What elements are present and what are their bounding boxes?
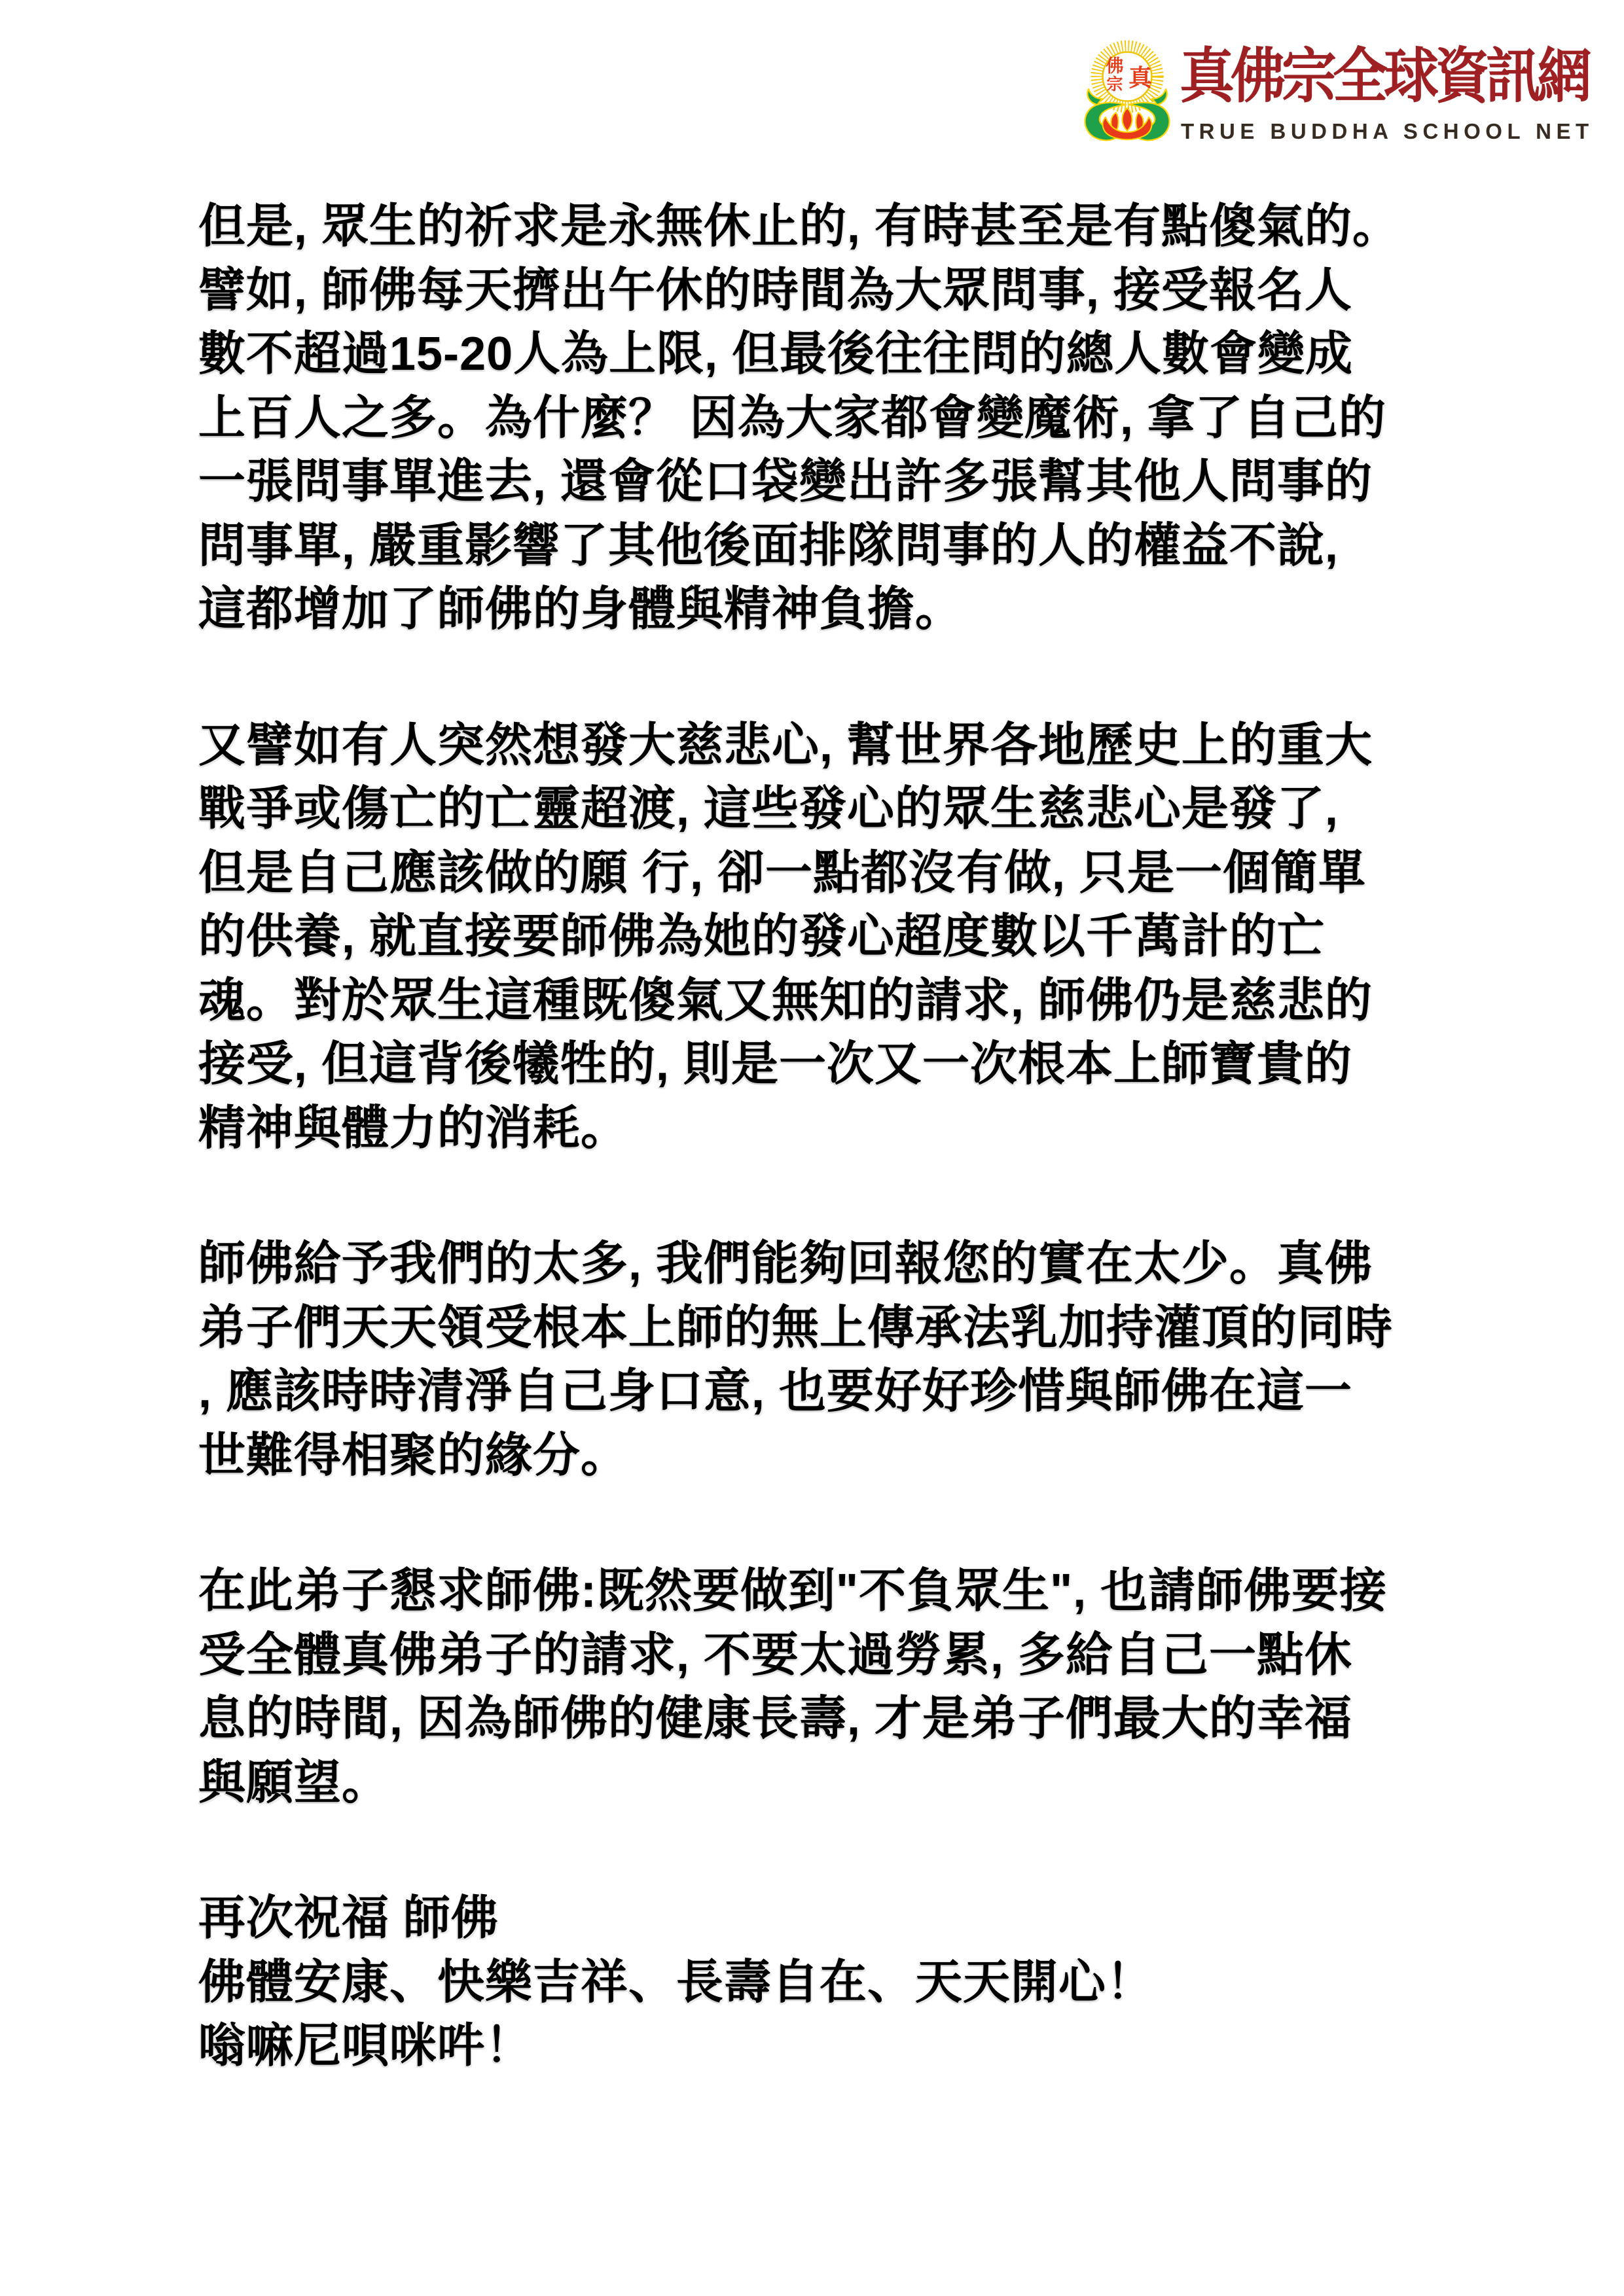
seal-char-fo: 佛 xyxy=(1106,56,1124,77)
text-line: 嗡嘛尼唄咪吽！ xyxy=(198,2015,1573,2079)
text-line: 上百人之多。為什麼？ 因為大家都會變魔術, 拿了自己的 xyxy=(198,387,1573,451)
text-line: 接受, 但這背後犧牲的, 則是一次又一次根本上師寶貴的 xyxy=(198,1033,1573,1097)
text-line: 在此弟子懇求師佛:既然要做到"不負眾生", 也請師佛要接 xyxy=(198,1560,1573,1624)
text-line: 又譬如有人突然想發大慈悲心, 幫世界各地歷史上的重大 xyxy=(198,714,1573,778)
text-line: 這都增加了師佛的身體與精神負擔。 xyxy=(198,578,1573,642)
text-line: 弟子們天天領受根本上師的無上傳承法乳加持灌頂的同時 xyxy=(198,1297,1573,1361)
lotus-flower xyxy=(1103,108,1152,139)
true-buddha-school-net-logo: 佛 宗 真 真佛宗全球資訊網 TRUE BUDDHA SCHOOL NET xyxy=(1080,38,1597,182)
text-line: , 應該時時清淨自己身口意, 也要好好珍惜與師佛在這一 xyxy=(198,1360,1573,1424)
text-line: 受全體真佛弟子的請求, 不要太過勞累, 多給自己一點休 xyxy=(198,1624,1573,1688)
document-page: 佛 宗 真 真佛宗全球資訊網 TRUE BUDDHA SCHOOL NET xyxy=(0,0,1624,2296)
text-line: 世難得相聚的緣分。 xyxy=(198,1424,1573,1488)
text-line: 譬如, 師佛每天擠出午休的時間為大眾問事, 接受報名人 xyxy=(198,259,1573,323)
text-line: 問事單, 嚴重影響了其他後面排隊問事的人的權益不說, xyxy=(198,514,1573,579)
text-line: 一張問事單進去, 還會從口袋變出許多張幫其他人問事的 xyxy=(198,450,1573,514)
paragraph: 在此弟子懇求師佛:既然要做到"不負眾生", 也請師佛要接 受全體真佛弟子的請求,… xyxy=(198,1560,1573,1815)
paragraph: 師佛給予我們的太多, 我們能夠回報您的實在太少。真佛 弟子們天天領受根本上師的無… xyxy=(198,1232,1573,1488)
text-line: 師佛給予我們的太多, 我們能夠回報您的實在太少。真佛 xyxy=(198,1232,1573,1297)
text-line: 的供養, 就直接要師佛為她的發心超度數以千萬計的亡 xyxy=(198,905,1573,969)
text-line: 息的時間, 因為師佛的健康長壽, 才是弟子們最大的幸福 xyxy=(198,1687,1573,1751)
logo-chinese-title: 真佛宗全球資訊網 xyxy=(1180,41,1598,111)
closing-blessing: 再次祝福 師佛 佛體安康、快樂吉祥、長壽自在、天天開心！ 嗡嘛尼唄咪吽！ xyxy=(198,1887,1573,2079)
text-line: 再次祝福 師佛 xyxy=(198,1887,1573,1951)
logo-english-title: TRUE BUDDHA SCHOOL NET xyxy=(1181,119,1594,144)
letter-body: 但是, 眾生的祈求是永無休止的, 有時甚至是有點傻氣的。 譬如, 師佛每天擠出午… xyxy=(198,195,1573,2079)
paragraph: 但是, 眾生的祈求是永無休止的, 有時甚至是有點傻氣的。 譬如, 師佛每天擠出午… xyxy=(198,195,1573,642)
text-line: 與願望。 xyxy=(198,1751,1573,1816)
text-line: 但是, 眾生的祈求是永無休止的, 有時甚至是有點傻氣的。 xyxy=(198,195,1573,259)
text-line: 魂。對於眾生這種既傻氣又無知的請求, 師佛仍是慈悲的 xyxy=(198,969,1573,1033)
text-line: 數不超過15-20人為上限, 但最後往往問的總人數會變成 xyxy=(198,323,1573,387)
paragraph: 又譬如有人突然想發大慈悲心, 幫世界各地歷史上的重大 戰爭或傷亡的亡靈超渡, 這… xyxy=(198,714,1573,1161)
text-line: 但是自己應該做的願 行, 卻一點都沒有做, 只是一個簡單 xyxy=(198,842,1573,906)
text-line: 戰爭或傷亡的亡靈超渡, 這些發心的眾生慈悲心是發了, xyxy=(198,778,1573,842)
lotus-sun-emblem-icon: 佛 宗 真 xyxy=(1081,39,1173,145)
text-line: 精神與體力的消耗。 xyxy=(198,1097,1573,1161)
seal-char-zhen: 真 xyxy=(1128,64,1153,92)
text-line: 佛體安康、快樂吉祥、長壽自在、天天開心！ xyxy=(198,1951,1573,2015)
seal-char-zong: 宗 xyxy=(1106,75,1123,94)
